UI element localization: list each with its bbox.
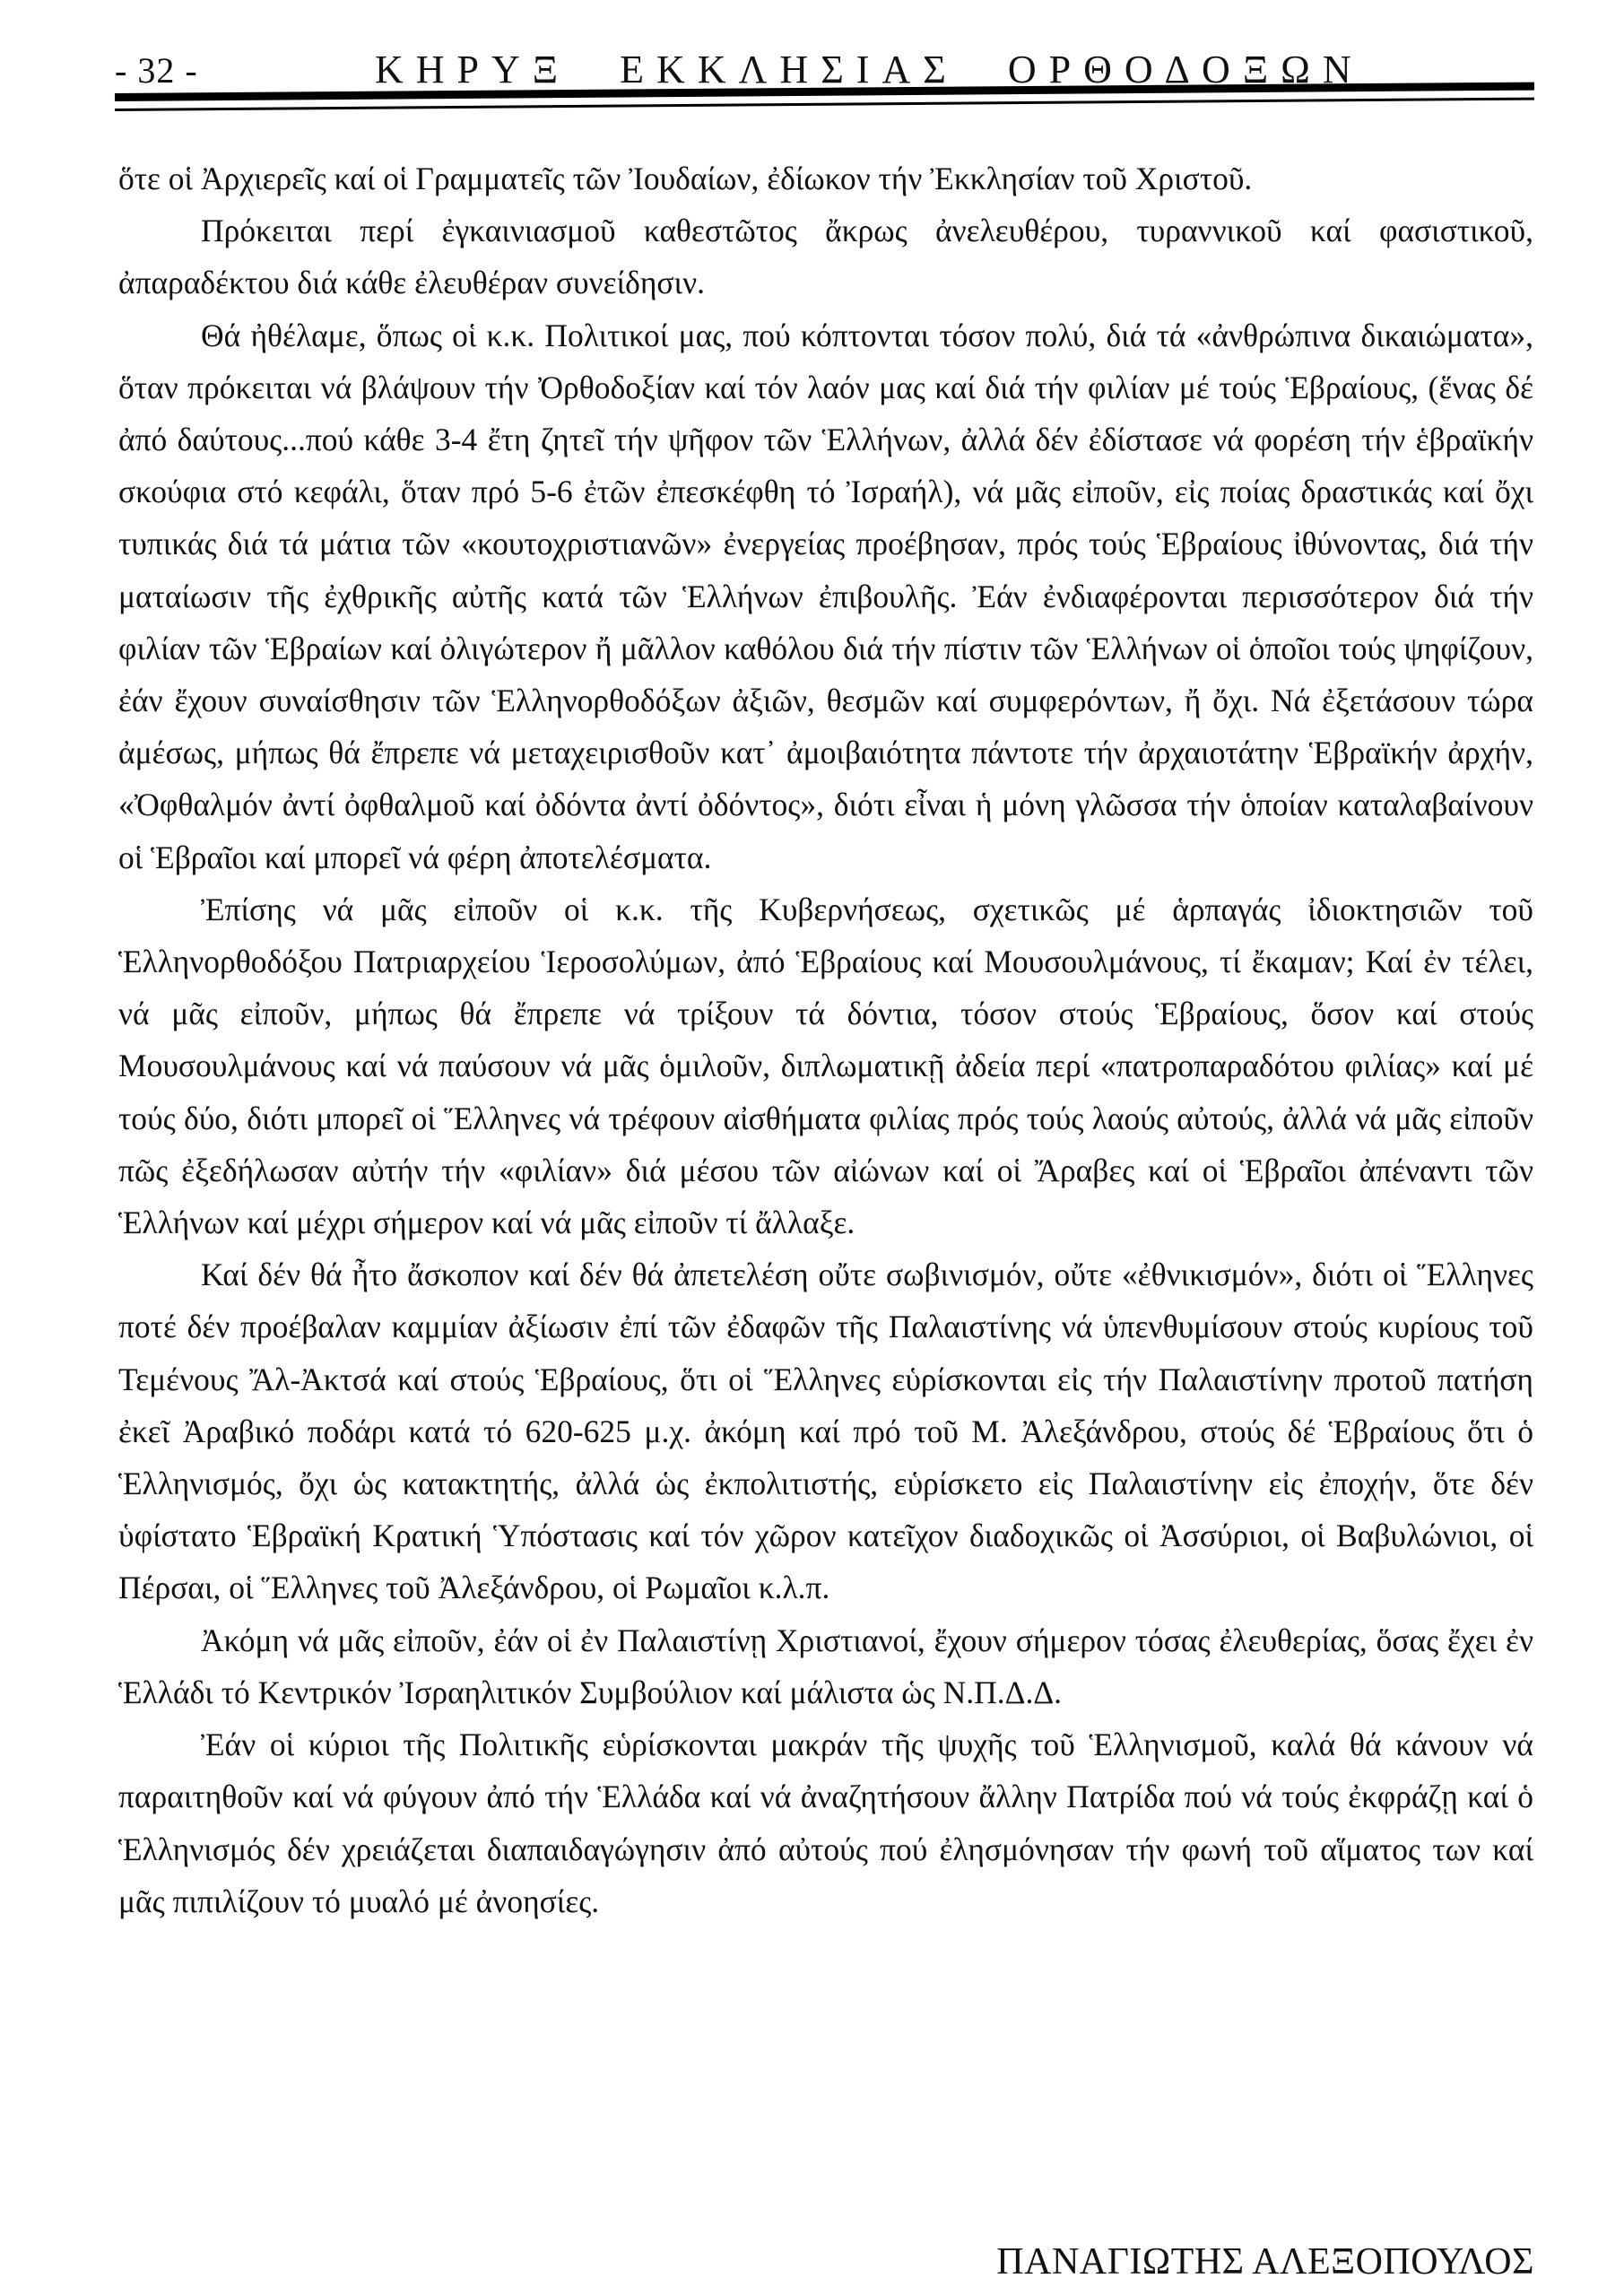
- author-signature: ΠΑΝΑΓΙΩΤΗΣ ΑΛΕΞΟΠΟΥΛΟΣ: [996, 2240, 1534, 2283]
- page-number: - 32 -: [115, 49, 375, 91]
- paragraph-continuation: ὅτε οἱ Ἀρχιερεῖς καί οἱ Γραμματεῖς τῶν Ἰ…: [118, 152, 1533, 204]
- paragraph: Καί δέν θά ἦτο ἄσκοπον καί δέν θά ἀπετελ…: [118, 1248, 1533, 1613]
- paragraph: Ἐπίσης νά μᾶς εἰποῦν οἱ κ.κ. τῆς Κυβερνή…: [118, 883, 1533, 1248]
- paragraph: Πρόκειται περί ἐγκαινιασμοῦ καθεστῶτος ἄ…: [118, 204, 1533, 309]
- paragraph: Ἀκόμη νά μᾶς εἰποῦν, ἐάν οἱ ἐν Παλαιστίν…: [118, 1614, 1533, 1718]
- article-body: ὅτε οἱ Ἀρχιερεῖς καί οἱ Γραμματεῖς τῶν Ἰ…: [118, 152, 1533, 1927]
- paragraph: Ἐάν οἱ κύριοι τῆς Πολιτικῆς εὑρίσκονται …: [118, 1718, 1533, 1927]
- paragraph: Θά ἠθέλαμε, ὅπως οἱ κ.κ. Πολιτικοί μας, …: [118, 309, 1533, 883]
